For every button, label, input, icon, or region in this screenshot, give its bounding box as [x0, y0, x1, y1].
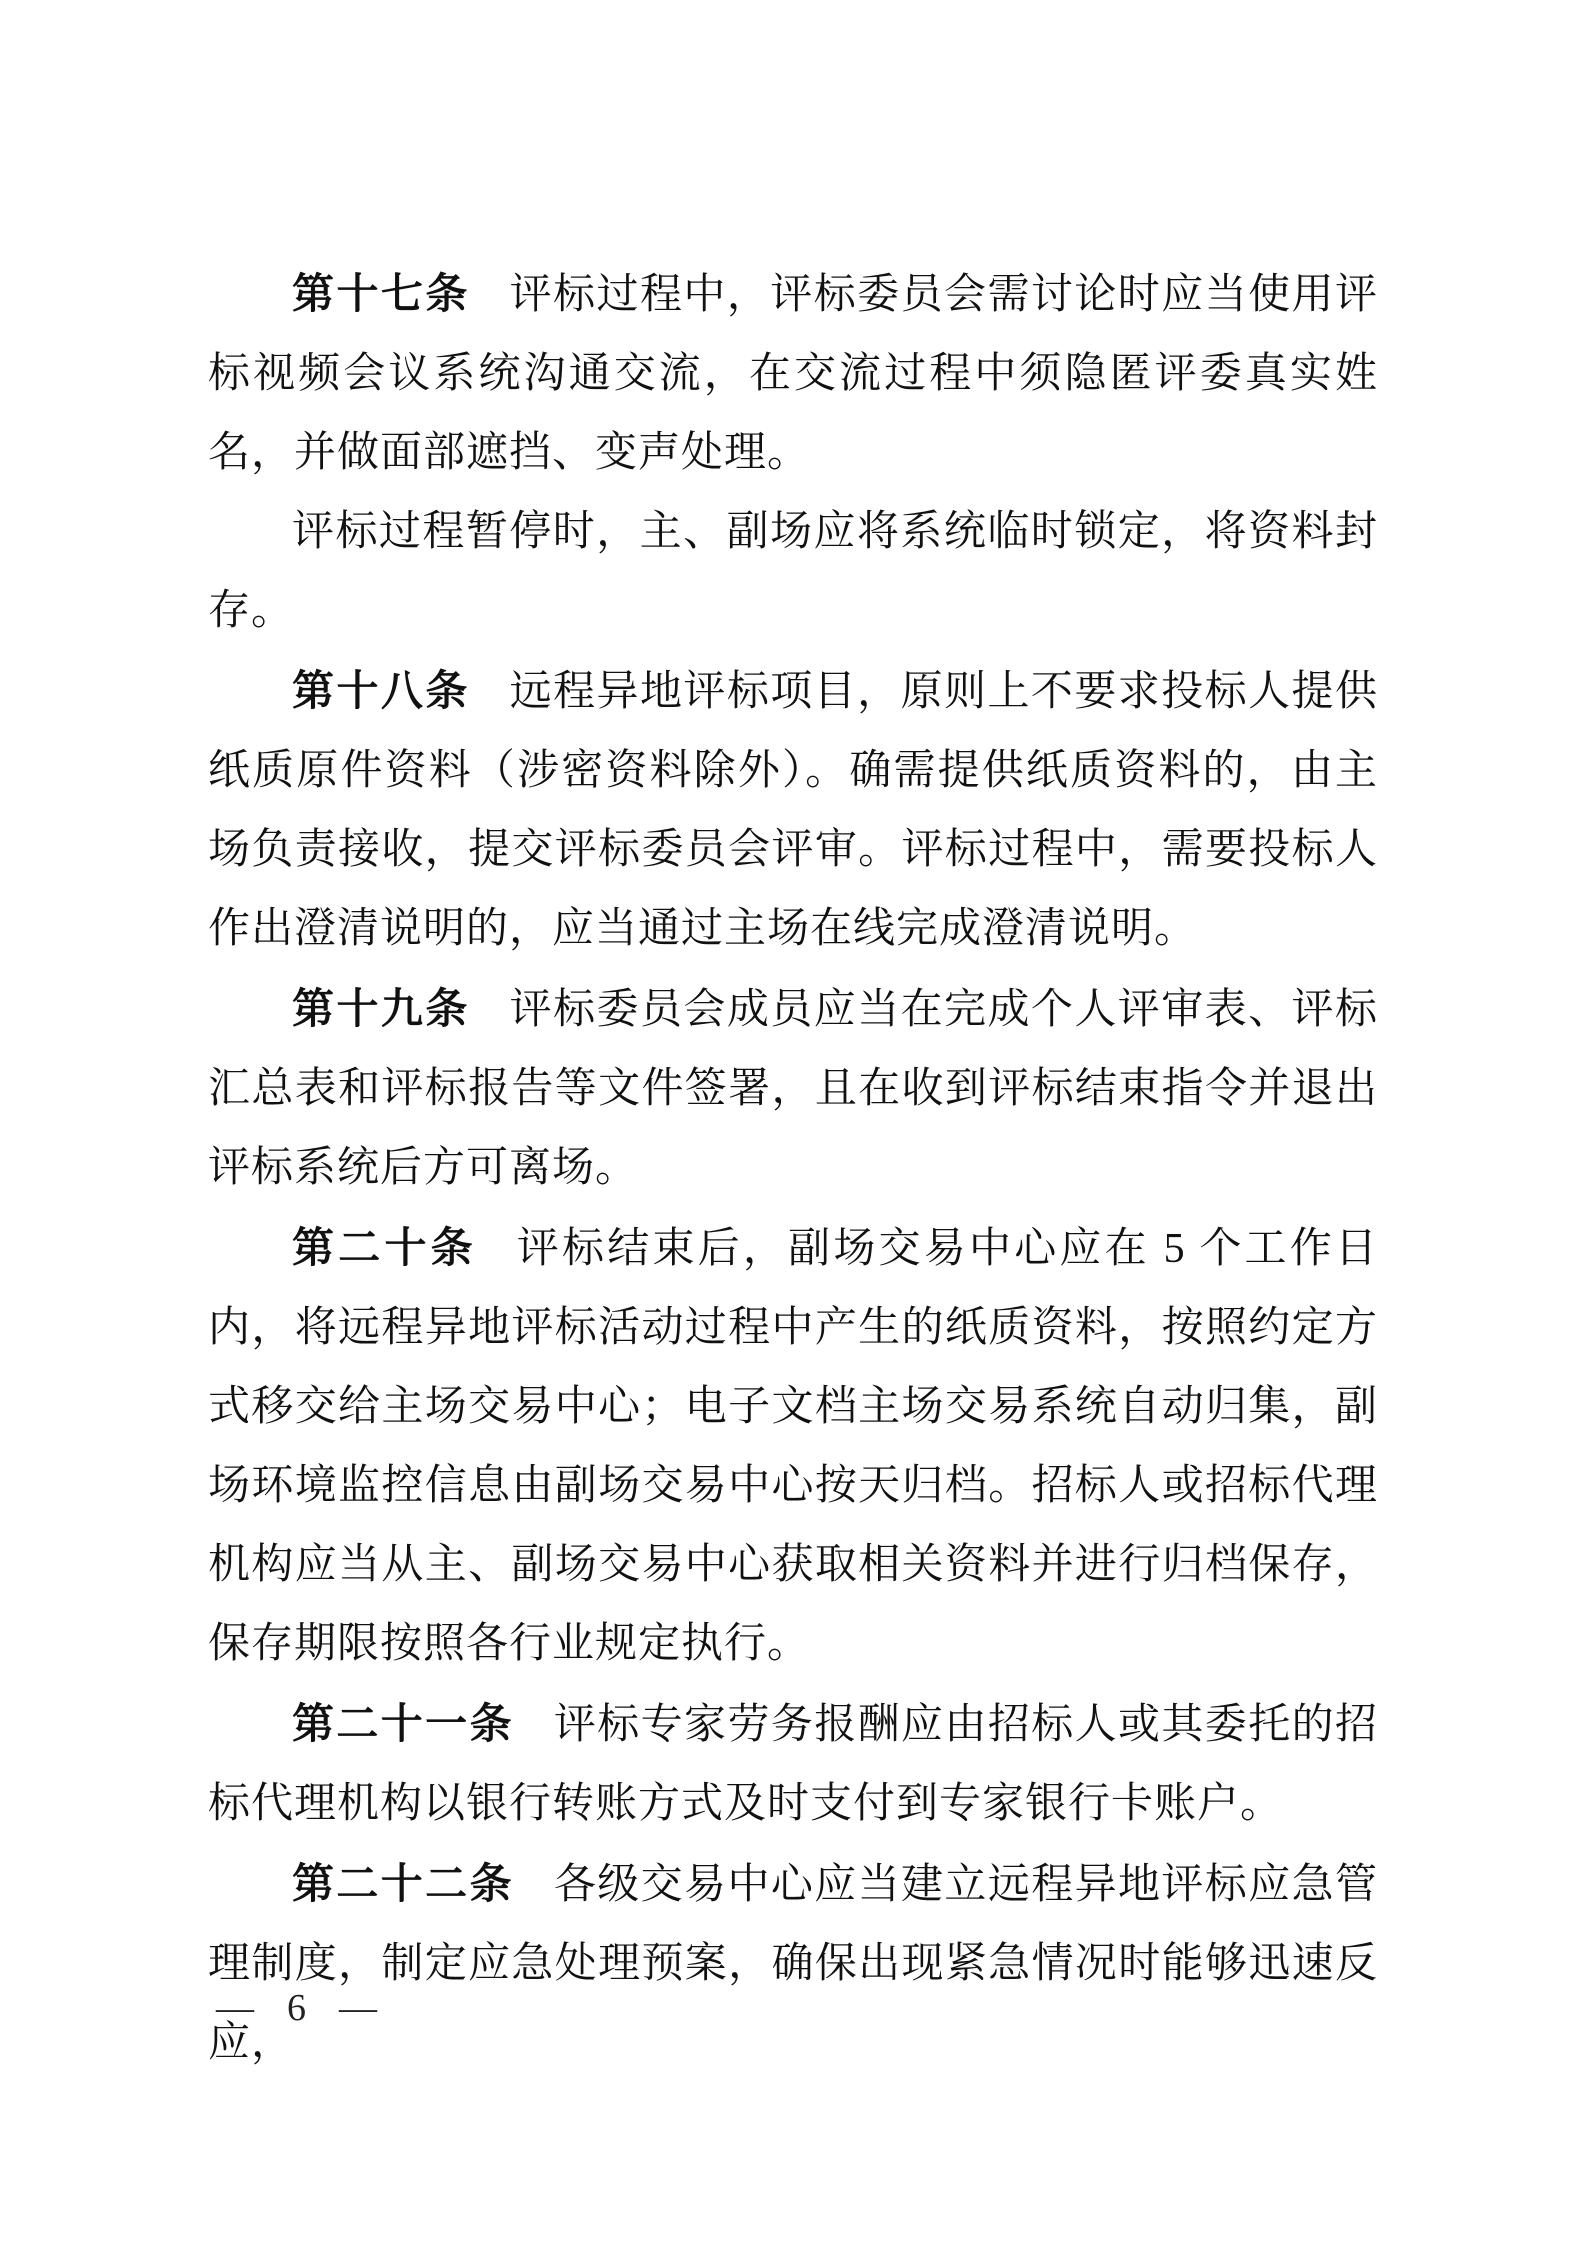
article-20-paragraph: 第二十条评标结束后，副场交易中心应在 5 个工作日内，将远程异地评标活动过程中产… [208, 1208, 1378, 1684]
article-19-paragraph: 第十九条评标委员会成员应当在完成个人评审表、评标汇总表和评标报告等文件签署，且在… [208, 969, 1378, 1208]
article-17-continuation-text: 评标过程暂停时，主、副场应将系统临时锁定，将资料封存。 [208, 509, 1378, 634]
page-number: 6 [287, 1986, 306, 2030]
article-17-continuation-paragraph: 评标过程暂停时，主、副场应将系统临时锁定，将资料封存。 [208, 493, 1378, 651]
footer-dash-right: — [339, 1986, 377, 2030]
article-17-paragraph: 第十七条评标过程中，评标委员会需讨论时应当使用评标视频会议系统沟通交流，在交流过… [208, 254, 1378, 493]
footer-dash-left: — [216, 1986, 254, 2030]
page-footer: — 6 — [216, 1986, 377, 2030]
article-21-number: 第二十一条 [292, 1700, 514, 1747]
article-20-number: 第二十条 [292, 1224, 477, 1271]
article-17-number: 第十七条 [292, 270, 470, 317]
article-19-number: 第十九条 [292, 985, 470, 1032]
article-20-text: 评标结束后，副场交易中心应在 5 个工作日内，将远程异地评标活动过程中产生的纸质… [208, 1226, 1378, 1667]
article-21-paragraph: 第二十一条评标专家劳务报酬应由招标人或其委托的招标代理机构以银行转账方式及时支付… [208, 1684, 1378, 1844]
document-body: 第十七条评标过程中，评标委员会需讨论时应当使用评标视频会议系统沟通交流，在交流过… [208, 254, 1378, 2083]
article-22-paragraph: 第二十二条各级交易中心应当建立远程异地评标应急管理制度，制定应急处理预案，确保出… [208, 1844, 1378, 2083]
article-18-paragraph: 第十八条远程异地评标项目，原则上不要求投标人提供纸质原件资料（涉密资料除外）。确… [208, 651, 1378, 969]
article-18-number: 第十八条 [292, 667, 470, 714]
document-page: 第十七条评标过程中，评标委员会需讨论时应当使用评标视频会议系统沟通交流，在交流过… [0, 0, 1588, 2245]
article-22-number: 第二十二条 [292, 1860, 514, 1907]
